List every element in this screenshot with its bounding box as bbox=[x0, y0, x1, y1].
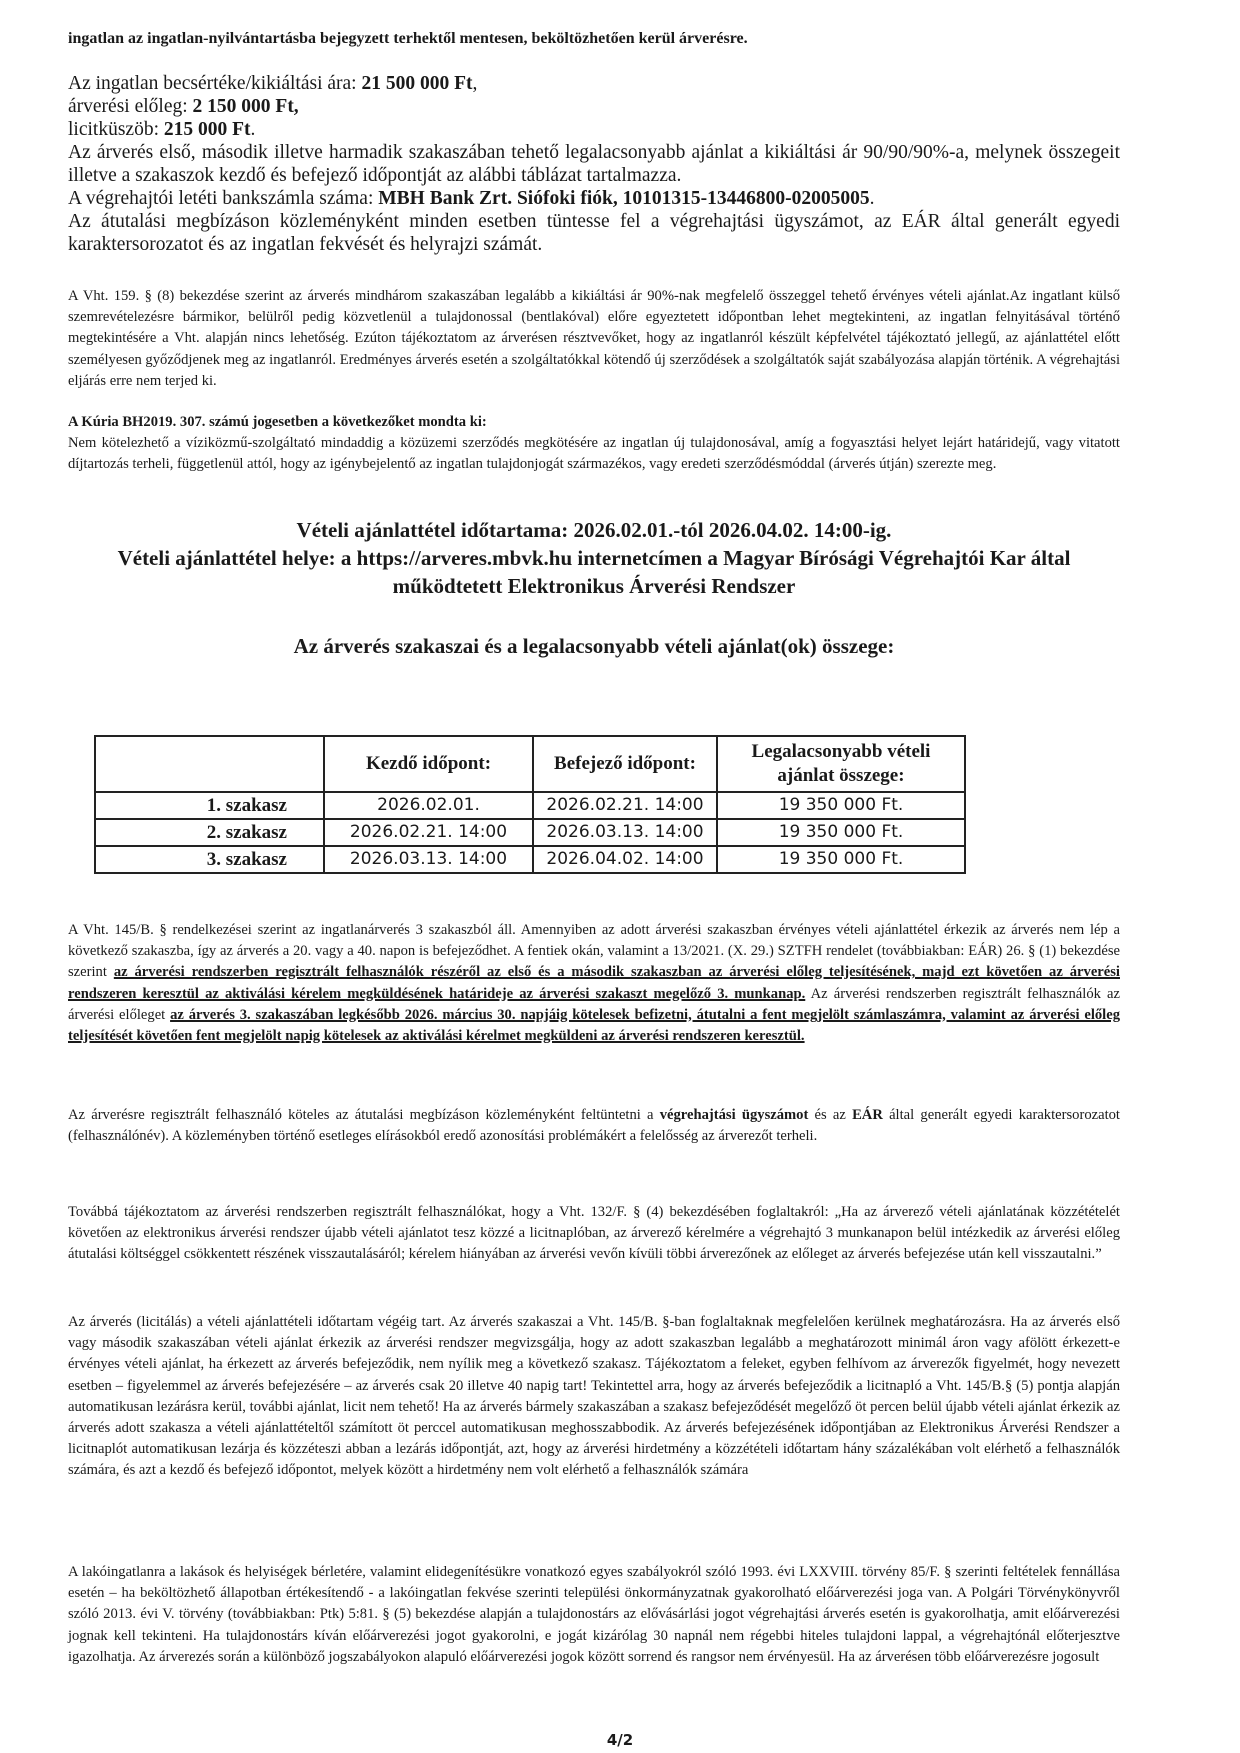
deadline-underlined-2: az árverés 3. szakaszában legkésőbb 2026… bbox=[68, 1007, 1120, 1044]
offer-period: Vételi ajánlattétel időtartama: 2026.02.… bbox=[68, 516, 1120, 544]
bidding-paragraph: Az árverés (licitálás) a vételi ajánlatt… bbox=[68, 1312, 1120, 1482]
bank-account-line: A végrehajtói letéti bankszámla száma: M… bbox=[68, 187, 1120, 210]
threshold-line: licitküszöb: 215 000 Ft. bbox=[68, 118, 1120, 141]
header-cell: Befejező időpont: bbox=[533, 736, 717, 792]
intro-line: ingatlan az ingatlan-nyilvántartásba bej… bbox=[68, 28, 1120, 50]
threshold-value: 215 000 Ft bbox=[164, 119, 251, 140]
kuria-section: A Kúria BH2019. 307. számú jogesetben a … bbox=[68, 412, 1120, 476]
header-cell bbox=[95, 736, 324, 792]
stages-table: Kezdő időpont: Befejező időpont: Legalac… bbox=[94, 735, 966, 874]
deposit-line: árverési előleg: 2 150 000 Ft, bbox=[68, 95, 1120, 118]
amount-cell: 19 350 000 Ft. bbox=[717, 846, 965, 873]
registered-user-paragraph: Az árverésre regisztrált felhasználó köt… bbox=[68, 1105, 1120, 1147]
end-cell: 2026.02.21. 14:00 bbox=[533, 792, 717, 819]
offer-place-line-1: Vételi ajánlattétel helye: a https://arv… bbox=[68, 544, 1120, 572]
estimate-value: 21 500 000 Ft bbox=[361, 73, 472, 94]
table-title: Az árverés szakaszai és a legalacsonyabb… bbox=[68, 632, 1120, 660]
stage-cell: 2. szakasz bbox=[95, 819, 324, 846]
page-number: 4/2 bbox=[0, 1731, 1240, 1749]
amount-cell: 19 350 000 Ft. bbox=[717, 819, 965, 846]
start-cell: 2026.02.21. 14:00 bbox=[324, 819, 533, 846]
price-section: Az ingatlan becsértéke/kikiáltási ára: 2… bbox=[68, 72, 1120, 256]
amount-cell: 19 350 000 Ft. bbox=[717, 792, 965, 819]
table-row: 3. szakasz 2026.03.13. 14:00 2026.04.02.… bbox=[95, 846, 965, 873]
preemption-paragraph: A lakóingatlanra a lakások és helyiségek… bbox=[68, 1562, 1120, 1668]
bank-account-value: MBH Bank Zrt. Siófoki fiók, 10101315-134… bbox=[378, 188, 869, 209]
vht145b-paragraph: A Vht. 145/B. § rendelkezései szerint az… bbox=[68, 920, 1120, 1047]
transfer-note: Az átutalási megbízáson közleményként mi… bbox=[68, 210, 1120, 256]
start-cell: 2026.02.01. bbox=[324, 792, 533, 819]
kuria-heading: A Kúria BH2019. 307. számú jogesetben a … bbox=[68, 412, 1120, 433]
vht132f-paragraph: Továbbá tájékoztatom az árverési rendsze… bbox=[68, 1202, 1120, 1266]
header-cell: Legalacsonyabb vételi ajánlat összege: bbox=[717, 736, 965, 792]
start-cell: 2026.03.13. 14:00 bbox=[324, 846, 533, 873]
vht159-paragraph: A Vht. 159. § (8) bekezdése szerint az á… bbox=[68, 286, 1120, 392]
estimate-line: Az ingatlan becsértéke/kikiáltási ára: 2… bbox=[68, 72, 1120, 95]
stage-cell: 1. szakasz bbox=[95, 792, 324, 819]
deposit-value: 2 150 000 Ft, bbox=[193, 96, 299, 117]
table-row: 2. szakasz 2026.02.21. 14:00 2026.03.13.… bbox=[95, 819, 965, 846]
kuria-text: Nem kötelezhető a víziközmű-szolgáltató … bbox=[68, 433, 1120, 475]
offer-info: Vételi ajánlattétel időtartama: 2026.02.… bbox=[68, 516, 1120, 600]
end-cell: 2026.03.13. 14:00 bbox=[533, 819, 717, 846]
header-cell: Kezdő időpont: bbox=[324, 736, 533, 792]
stage-cell: 3. szakasz bbox=[95, 846, 324, 873]
table-row: 1. szakasz 2026.02.01. 2026.02.21. 14:00… bbox=[95, 792, 965, 819]
minimum-offer-text: Az árverés első, második illetve harmadi… bbox=[68, 141, 1120, 187]
offer-place-line-2: működtetett Elektronikus Árverési Rendsz… bbox=[68, 572, 1120, 600]
table-header-row: Kezdő időpont: Befejező időpont: Legalac… bbox=[95, 736, 965, 792]
end-cell: 2026.04.02. 14:00 bbox=[533, 846, 717, 873]
